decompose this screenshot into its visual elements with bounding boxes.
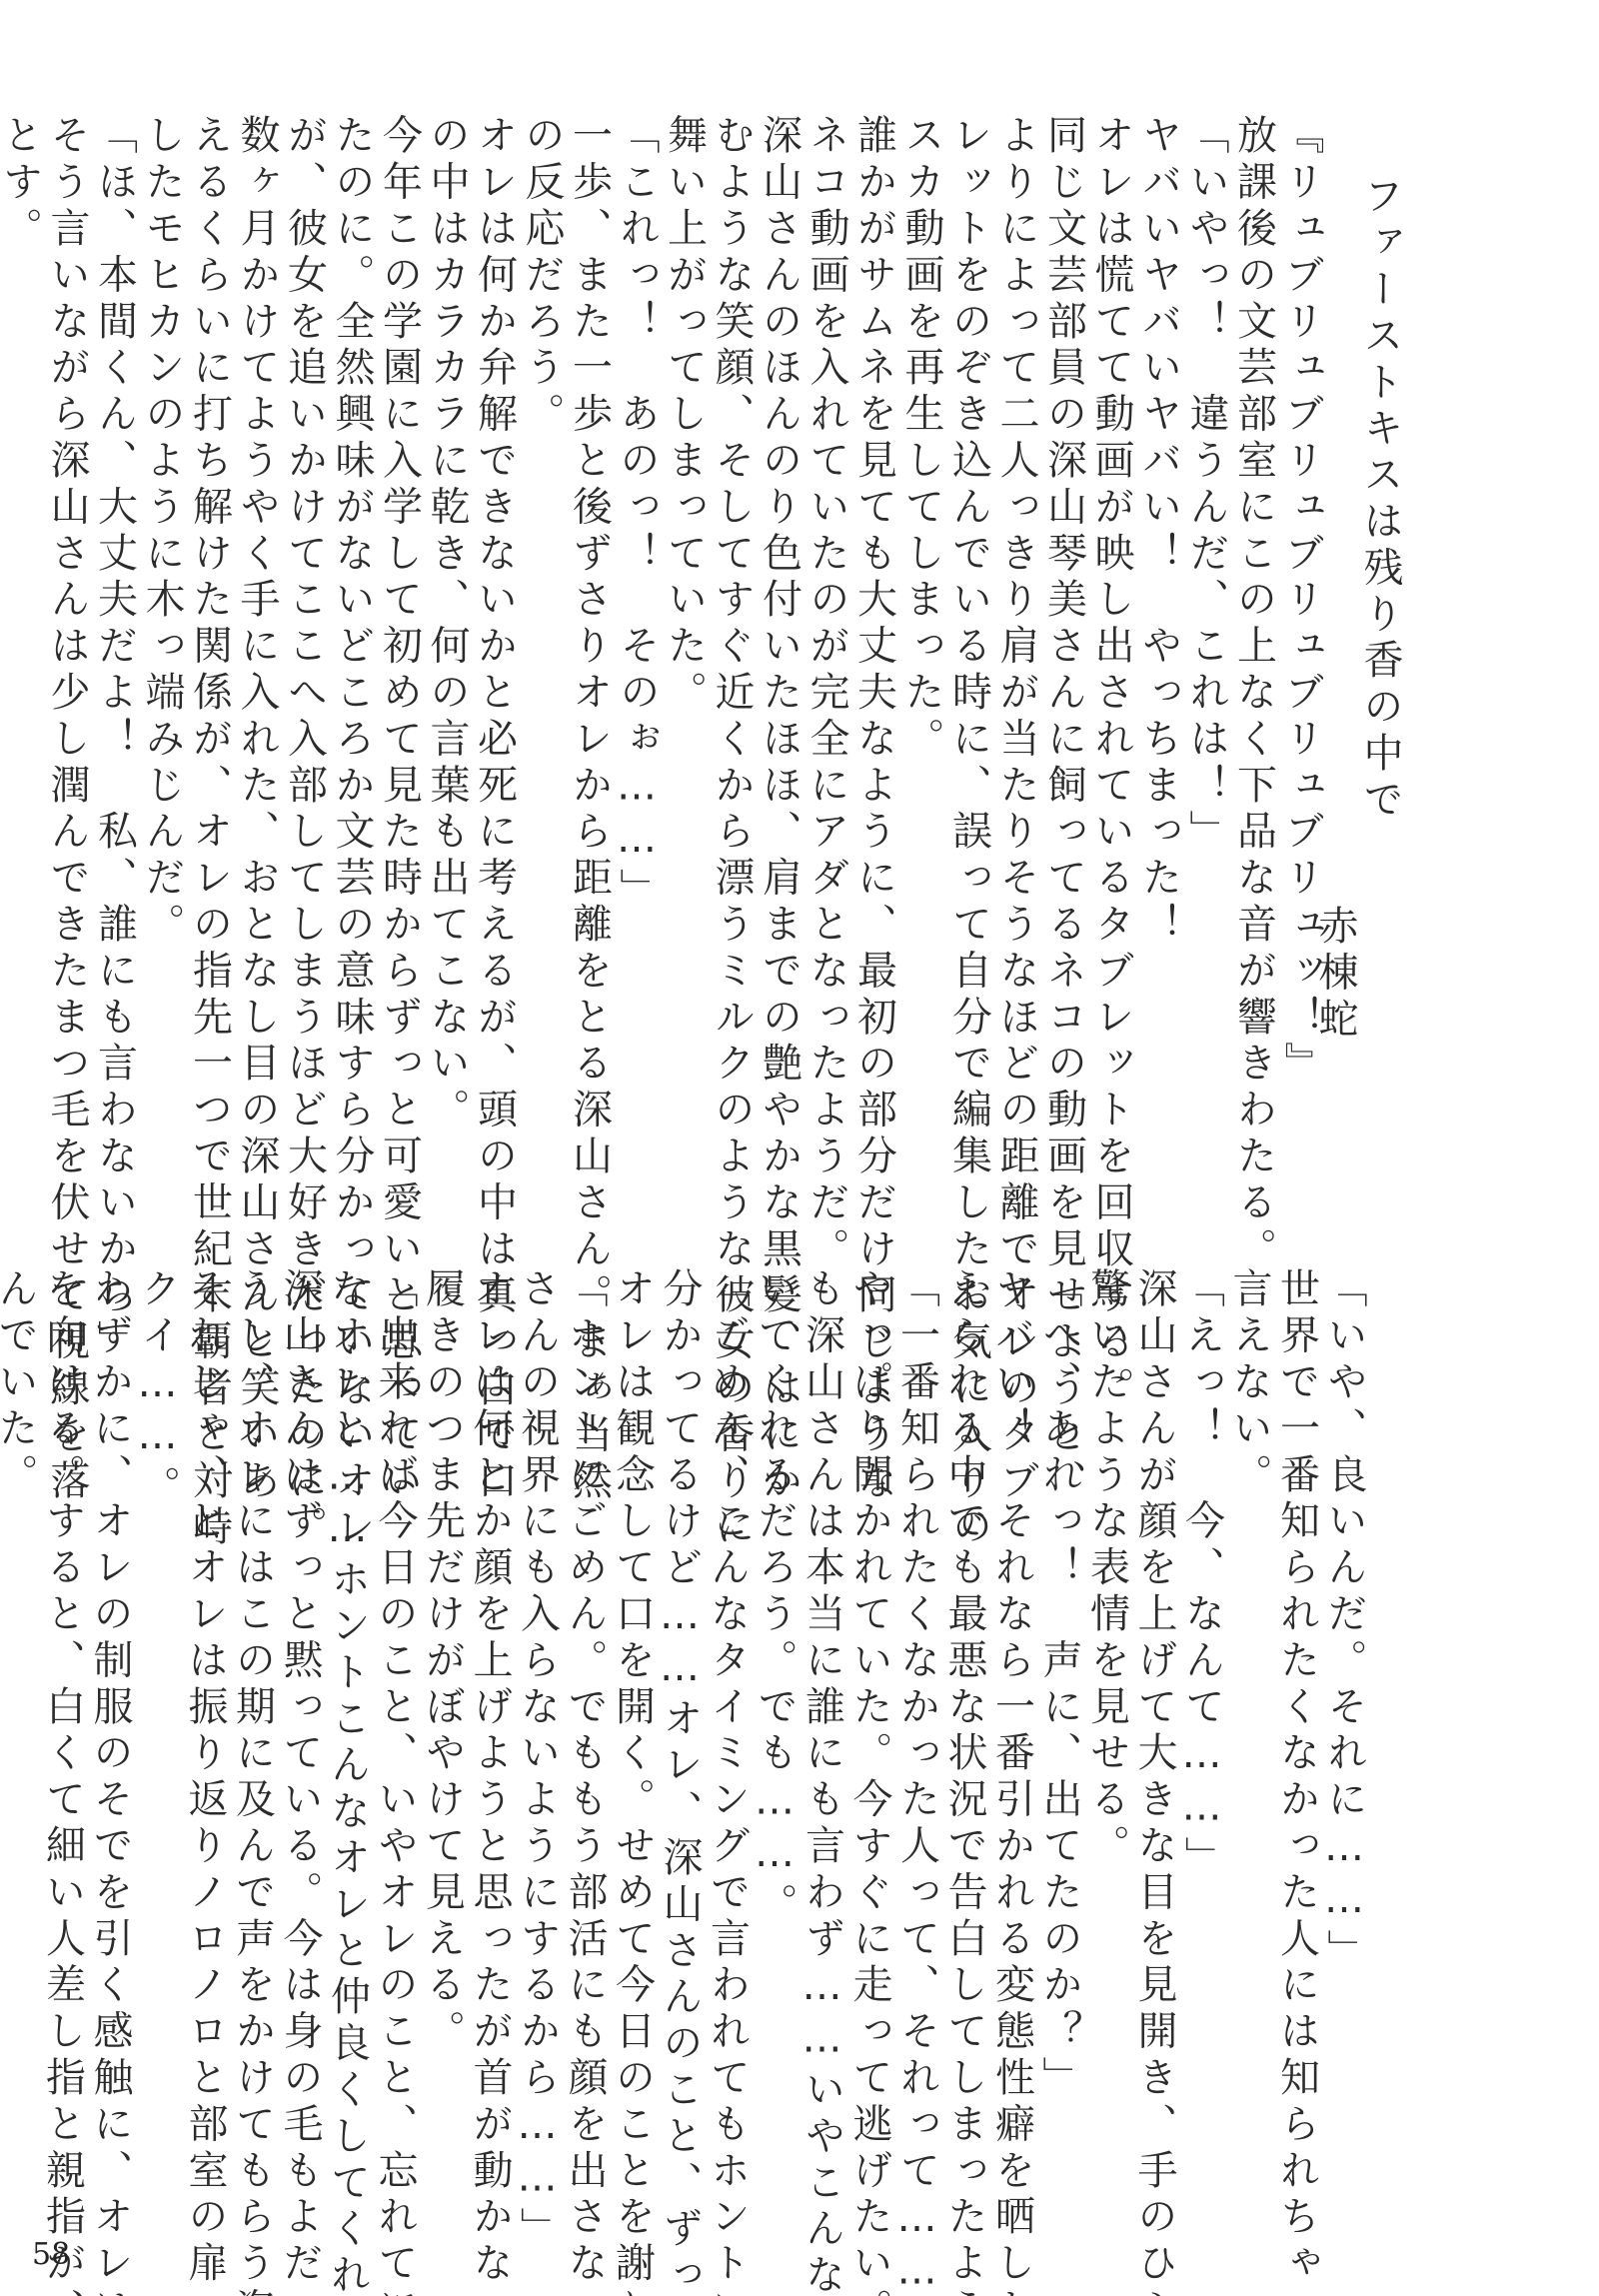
text-line: やっぱり聞かれていた。今すぐに走って逃げたい。きっとそうして [845,1267,893,2267]
text-line: を向ける。すると、白くて細い人差し指と親指が、その端っこをつま [38,1267,86,2267]
text-line: 驚いたような表情を見せる。 [1082,1267,1130,2267]
text-line: オレは何か弁解できないかと必死に考えるが、頭の中は真っ白で口 [470,114,518,1163]
text-line: 同じ文芸部員の深山琴美さんに飼ってるネコの動画を見せようと、 [1039,114,1087,1163]
bottom-text-block: 「いや、良いんだ。それに……」世界で一番知られたくなかった人には知られちゃったか… [0,1267,1367,2267]
page-number: 58 [32,2237,70,2272]
text-line: えるくらいに打ち解けた関係が、オレの指先一つで世紀末覇者と対峙 [185,114,233,1163]
text-line: オレは慌てて動画が映し出されているタブレットを回収する。 [1087,114,1135,1163]
text-line: したモヒカンのように木っ端みじんだ。 [138,114,186,1163]
text-line: んでいた。 [0,1267,38,2267]
text-line: 数ヶ月かけてようやく手に入れた、おとなし目の深山さんと笑いあ [233,114,281,1163]
text-line: オレは観念して口を開く。せめて今日のことを謝りたい。 [608,1267,656,2267]
text-line: うし、オレにはこの期に及んで声をかけてもらう資格なんてない。 [228,1267,276,2267]
text-line: 「いや、良いんだ。それに……」 [1320,1267,1368,2267]
book-page: ファーストキスは残り香の中で 赤棟蛇 『リュブリュブリュブリュブリュブリュッ！』… [0,0,1599,2296]
text-line: ヤバい！ それなら一番引かれる変態性癖を晒した直後という、考 [987,1267,1035,2267]
text-line: いてくれるだろう。でも……。 [751,1267,799,2267]
text-line: ヤバいヤバいヤバい！ やっちまった！ [1134,114,1182,1163]
text-line: よりによって二人っきり肩が当たりそうなほどの距離でオレのタブ [992,114,1040,1163]
text-line: 「ホントにごめん。でももう部活にも顔を出さないし、なるべく深山 [561,1267,609,2267]
text-line: むような笑顔、そしてすぐ近くから漂うミルクのような彼女の香りに [708,114,756,1163]
text-line: 「これっ！ あのっ！ そのぉ……」 [613,114,661,1163]
text-line: 「えっ！ 今、なんて……」 [1177,1267,1225,2267]
text-line: スカ動画を再生してしまった。 [897,114,945,1163]
story-title: ファーストキスは残り香の中で [1352,175,1409,825]
text-line: の中はカラカラに乾き、何の言葉も出てこない。 [423,114,471,1163]
text-line: 世界で一番知られたくなかった人には知られちゃったから……とは [1272,1267,1320,2267]
text-line: 「へ、あれっ！ 声に、出てたのか？」 [1035,1267,1083,2267]
text-line: クイ……。 [133,1267,181,2267]
text-line: えられる中でも最悪な状況で告白してしまったようなものだ。 [940,1267,988,2267]
text-line: 『リュブリュブリュブリュブリュブリュッ！』 [1277,114,1325,1163]
text-line: オレは何とか顔を上げようと思ったが首が動かない。深山さんの上 [466,1267,514,2267]
text-line: 「出来れば今日のこと、いやオレのこと、忘れてほしい。今までこん [371,1267,419,2267]
text-line: も深山さんは本当に誰にも言わず……いやこんなこと誰にも言えずに [798,1267,845,2267]
text-line: 言えない。 [1225,1267,1273,2267]
text-line: ネコ動画を入れていたのが完全にアダとなったようだ。 [802,114,850,1163]
text-line: の反応だろう。 [518,114,566,1163]
text-line: 一歩、また一歩と後ずさりオレから距離をとる深山さん。まぁ当然 [565,114,613,1163]
text-line: 履きのつま先だけがぼやけて見える。 [418,1267,466,2267]
text-line: 舞い上がってしまっていた。 [660,114,708,1163]
text-line: 「ごめん、こんなタイミングで言われてもホントにキモいだけだって [703,1267,751,2267]
text-line: 深山さんはずっと黙っている。今は身の毛もよだつ思いでいるだろ [276,1267,324,2267]
text-line: わずかに、オレの制服のそでを引く感触に、オレは自分の腕へと目 [86,1267,134,2267]
text-line: 「一番知られたくなかった人って、それって……」 [892,1267,940,2267]
text-line: とす。 [0,114,43,1163]
text-line: 「ほ、本間くん、大丈夫だよ！ 私、誰にも言わないから」 [90,114,138,1163]
text-line: レットをのぞき込んでいる時に、誤って自分で編集したお気に入りの [944,114,992,1163]
text-line: 今年この学園に入学して初めて見た時からずっと可愛いと思ってい [375,114,423,1163]
text-line: 深山さんのほんのり色付いたほほ、肩までの艶やかな黒髪、はにか [755,114,802,1163]
text-line: 放課後の文芸部室にこの上なく下品な音が響きわたる。 [1229,114,1277,1163]
text-line: 誰かがサムネを見ても大丈夫なように、最初の部分だけ同じような [849,114,897,1163]
text-line: 深山さんが顔を上げて大きな目を見開き、手のひらを口元にあてて [1130,1267,1178,2267]
text-line: なオレと……ホントこんなオレと仲良くしてくれてありがとう」 [323,1267,371,2267]
text-line: さんの視界にも入らないようにするから……」 [513,1267,561,2267]
text-line: 「いやっ！ 違うんだ、これは！」 [1182,114,1230,1163]
top-text-block: 『リュブリュブリュブリュブリュブリュッ！』放課後の文芸部室にこの上なく下品な音が… [0,114,1324,1163]
text-line: が、彼女を追いかけてここへ入部してしまうほど大好きだったのに。 [280,114,328,1163]
text-line: たのに。全然興味がないどころか文芸の意味すら分かっていないオレ [328,114,376,1163]
text-line: 分かってるけど……オレ、深山さんのこと、ずっと好きだったんだ」 [656,1267,704,2267]
text-line: そう言いながら深山さんは少し潤んできたまつ毛を伏せて視線を落 [43,114,91,1163]
text-line: それじゃ、とオレは振り返りノロノロと部室の扉へ向かう。 [181,1267,229,2267]
